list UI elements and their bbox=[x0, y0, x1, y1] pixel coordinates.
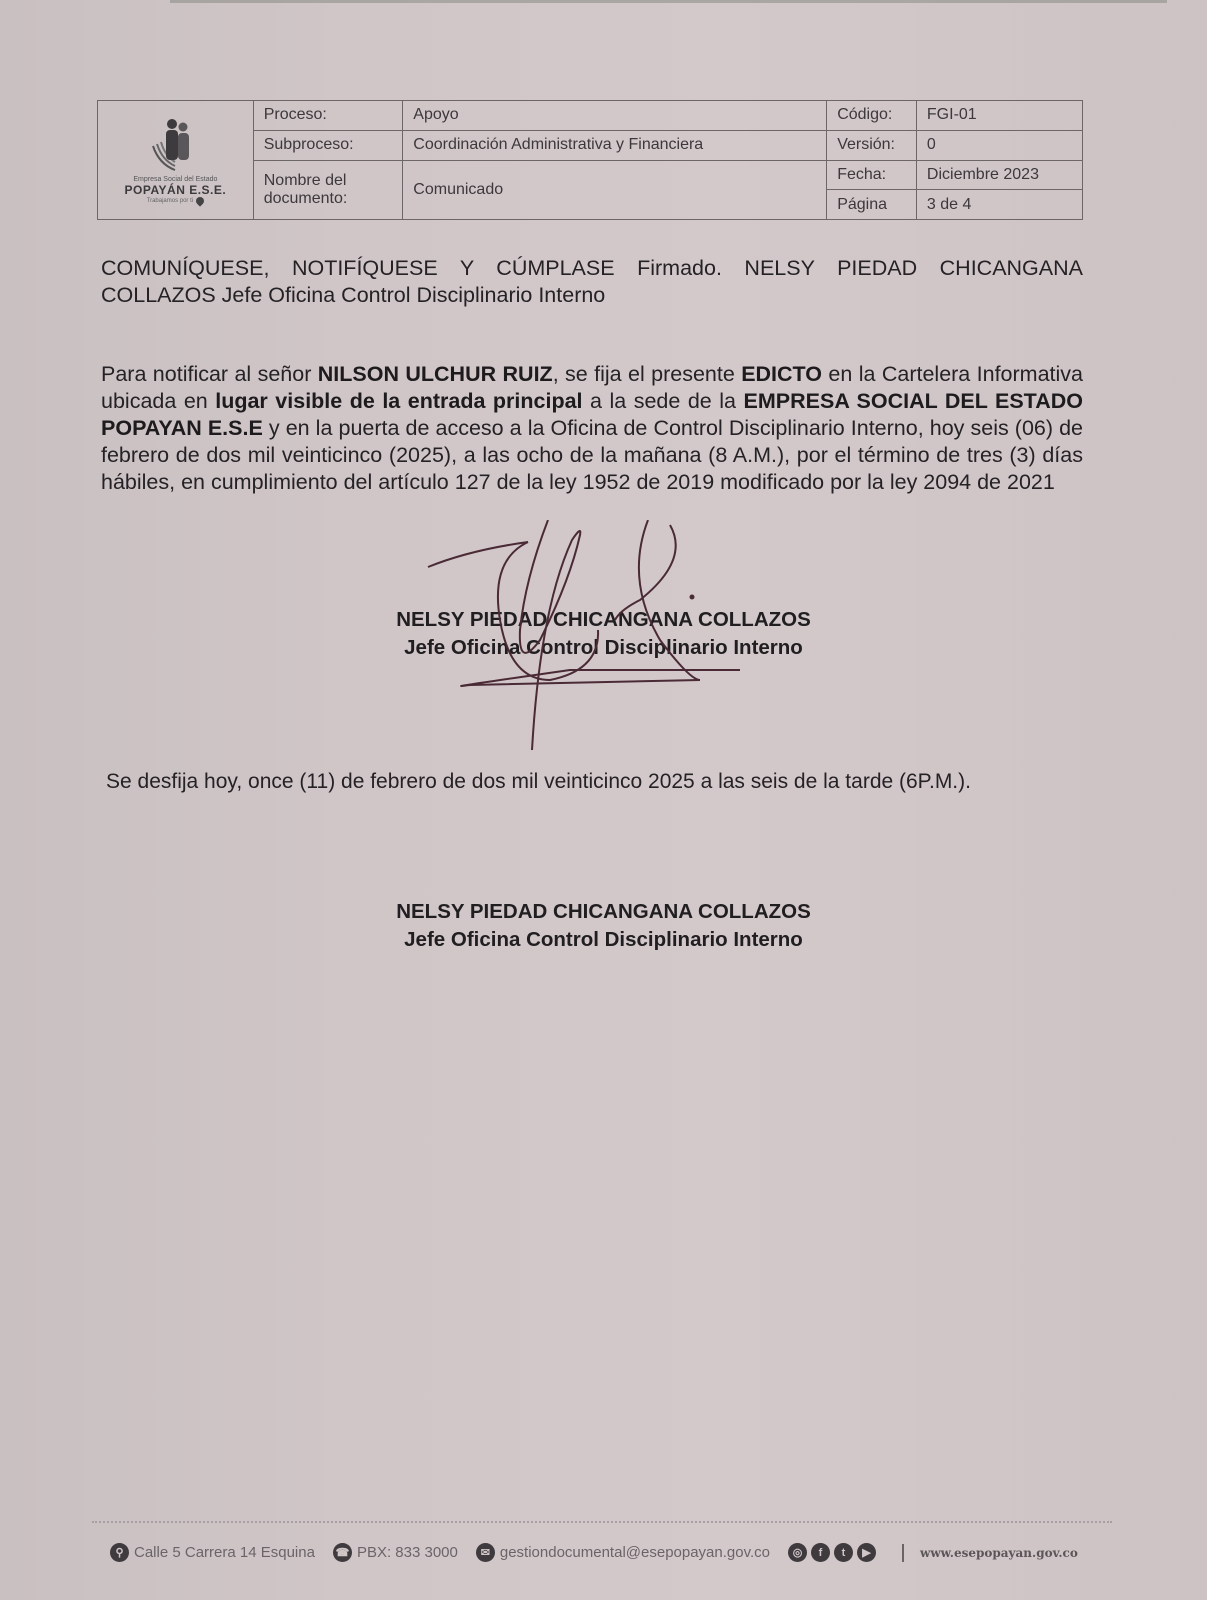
signatory-name: NELSY PIEDAD CHICANGANA COLLAZOS bbox=[0, 898, 1207, 926]
label-subproceso: Subproceso: bbox=[253, 130, 403, 160]
value-subproceso: Coordinación Administrativa y Financiera bbox=[403, 130, 827, 160]
closing-paragraph: COMUNÍQUESE, NOTIFÍQUESE Y CÚMPLASE Firm… bbox=[101, 255, 1083, 309]
notice-text: a la sede de la bbox=[583, 389, 744, 413]
signatory-title: Jefe Oficina Control Disciplinario Inter… bbox=[0, 926, 1207, 954]
location-pin-icon: ⚲ bbox=[110, 1543, 129, 1562]
footer-contact-bar: ⚲ Calle 5 Carrera 14 Esquina ☎ PBX: 833 … bbox=[110, 1543, 1078, 1562]
phone-icon: ☎ bbox=[333, 1543, 352, 1562]
address-text: Calle 5 Carrera 14 Esquina bbox=[134, 1544, 315, 1561]
footer-phone: ☎ PBX: 833 3000 bbox=[333, 1543, 458, 1562]
edicto-term: EDICTO bbox=[741, 362, 822, 386]
document-page: Empresa Social del Estado POPAYÁN E.S.E.… bbox=[0, 0, 1207, 1600]
value-pagina: 3 de 4 bbox=[916, 190, 1082, 220]
value-fecha: Diciembre 2023 bbox=[916, 160, 1082, 190]
logo-slogan: Trabajamos por ti bbox=[147, 197, 204, 205]
footer-address: ⚲ Calle 5 Carrera 14 Esquina bbox=[110, 1543, 315, 1562]
location-emphasis: lugar visible de la entrada principal bbox=[215, 389, 582, 413]
footer-divider bbox=[92, 1521, 1112, 1523]
family-figures-icon bbox=[145, 116, 205, 174]
label-version: Versión: bbox=[827, 130, 917, 160]
notice-text: , se fija el presente bbox=[553, 362, 742, 386]
value-nombre-documento: Comunicado bbox=[403, 160, 827, 220]
signatory-block-2: NELSY PIEDAD CHICANGANA COLLAZOS Jefe Of… bbox=[0, 898, 1207, 954]
company-logo: Empresa Social del Estado POPAYÁN E.S.E.… bbox=[98, 116, 253, 205]
youtube-icon: ▶ bbox=[857, 1543, 876, 1562]
instagram-icon: ◎ bbox=[788, 1543, 807, 1562]
logo-tagline: Empresa Social del Estado bbox=[133, 176, 217, 183]
value-version: 0 bbox=[916, 130, 1082, 160]
label-fecha: Fecha: bbox=[827, 160, 917, 190]
label-proceso: Proceso: bbox=[253, 101, 403, 131]
label-codigo: Código: bbox=[827, 101, 917, 131]
notice-paragraph: Para notificar al señor NILSON ULCHUR RU… bbox=[101, 361, 1083, 496]
value-proceso: Apoyo bbox=[403, 101, 827, 131]
footer-separator bbox=[902, 1544, 904, 1562]
logo-cell: Empresa Social del Estado POPAYÁN E.S.E.… bbox=[98, 101, 254, 220]
paper-top-edge bbox=[170, 0, 1167, 3]
value-codigo: FGI-01 bbox=[916, 101, 1082, 131]
notified-person: NILSON ULCHUR RUIZ bbox=[318, 362, 553, 386]
email-text: gestiondocumental@esepopayan.gov.co bbox=[500, 1544, 770, 1561]
document-header-table: Empresa Social del Estado POPAYÁN E.S.E.… bbox=[97, 100, 1083, 220]
logo-slogan-text: Trabajamos por ti bbox=[147, 198, 193, 204]
label-pagina: Página bbox=[827, 190, 917, 220]
mail-icon: ✉ bbox=[476, 1543, 495, 1562]
logo-name: POPAYÁN E.S.E. bbox=[125, 183, 227, 197]
notice-text: Para notificar al señor bbox=[101, 362, 318, 386]
footer-email: ✉ gestiondocumental@esepopayan.gov.co bbox=[476, 1543, 770, 1562]
website-text: www.esepopayan.gov.co bbox=[920, 1546, 1078, 1560]
phone-text: PBX: 833 3000 bbox=[357, 1544, 458, 1561]
handwritten-signature bbox=[420, 520, 740, 750]
heart-icon bbox=[194, 195, 205, 206]
twitter-icon: t bbox=[834, 1543, 853, 1562]
desfija-statement: Se desfija hoy, once (11) de febrero de … bbox=[106, 770, 971, 794]
social-icons: ◎ f t ▶ bbox=[788, 1543, 876, 1562]
facebook-icon: f bbox=[811, 1543, 830, 1562]
label-nombre-documento: Nombre del documento: bbox=[253, 160, 403, 220]
